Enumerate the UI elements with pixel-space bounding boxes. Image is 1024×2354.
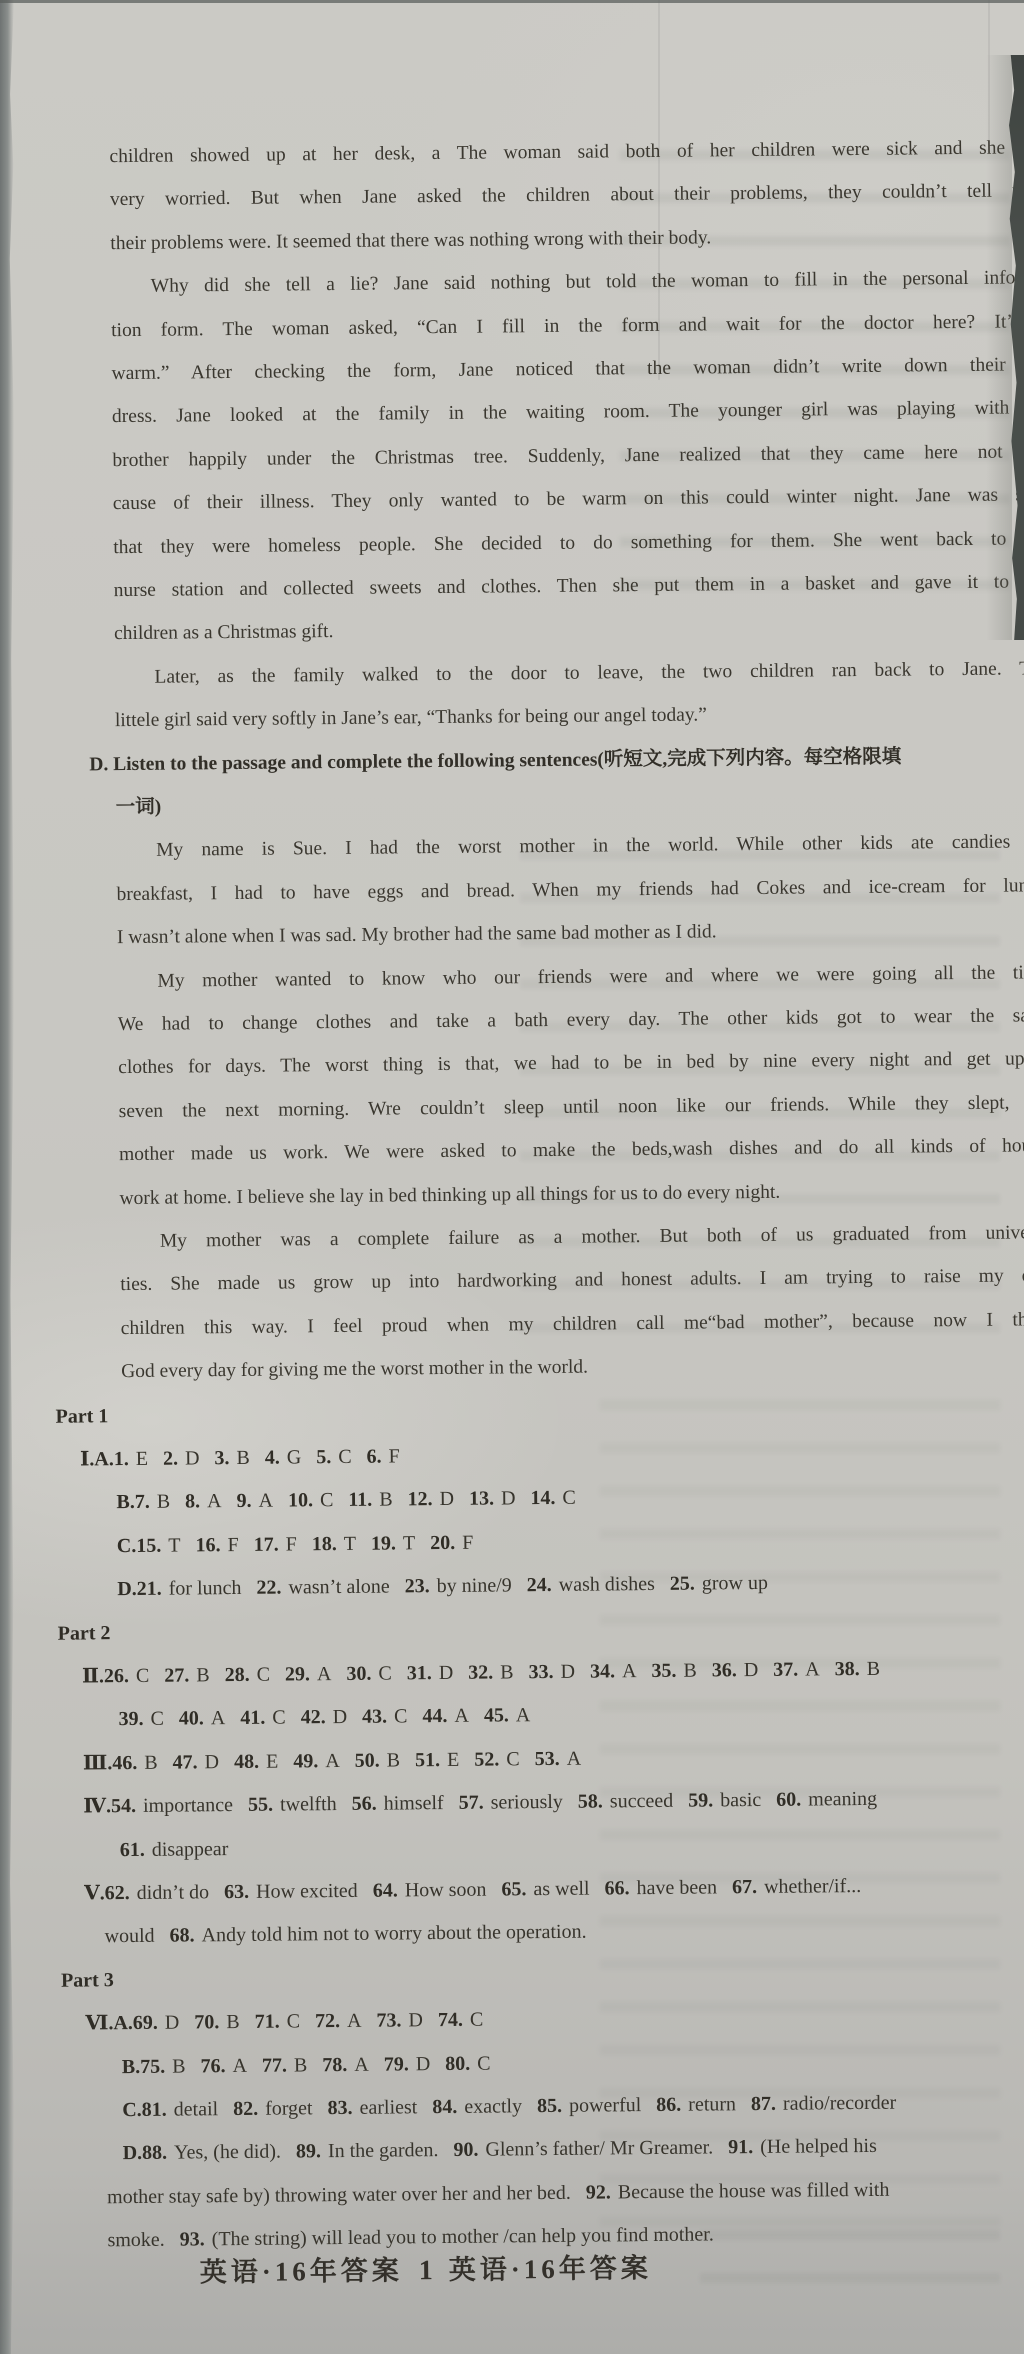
answer-text: A bbox=[354, 2053, 369, 2075]
answer-text: C bbox=[287, 2011, 301, 2033]
answer-text: D bbox=[560, 1661, 575, 1683]
answer-number: 55. bbox=[248, 1794, 273, 1816]
answer-text: B bbox=[144, 1752, 158, 1774]
answer-number: 66. bbox=[604, 1877, 629, 1899]
answer-text: B bbox=[683, 1660, 697, 1682]
passage-line: We had to change clothes and take a bath… bbox=[118, 1003, 1024, 1040]
answer-line: B.7.B8.A9.A10.C11.B12.D13.D14.C bbox=[116, 1485, 576, 1515]
answer-number: 3. bbox=[214, 1447, 229, 1469]
section-heading-line: D. Listen to the passage and complete th… bbox=[89, 744, 901, 780]
answer-text: A bbox=[317, 1663, 332, 1685]
answer-number: 72. bbox=[315, 2010, 340, 2032]
answer-text: B bbox=[172, 2055, 186, 2077]
answer-text: B bbox=[387, 1749, 401, 1771]
page-top-edge bbox=[0, 0, 1024, 3]
answer-number: 25. bbox=[670, 1573, 695, 1595]
page-number: 1 bbox=[419, 2255, 433, 2286]
answer-text: E bbox=[136, 1448, 148, 1470]
answer-text: F bbox=[286, 1533, 297, 1555]
answer-text: A bbox=[622, 1660, 637, 1682]
answer-text: C bbox=[320, 1489, 334, 1511]
answer-text: T bbox=[344, 1533, 356, 1555]
answer-number: 6. bbox=[367, 1446, 382, 1468]
answer-number: 56. bbox=[352, 1793, 377, 1815]
answer-line: would68.Andy told him not to worry about… bbox=[104, 1919, 586, 1950]
answer-text: T bbox=[168, 1534, 180, 1556]
answer-text: A bbox=[516, 1705, 531, 1727]
answer-text: would bbox=[104, 1925, 154, 1947]
footer-title-right: 英语·16年答案 bbox=[449, 2253, 652, 2285]
answer-text: seriously bbox=[491, 1791, 563, 1814]
answer-number: 63. bbox=[224, 1881, 249, 1903]
page-text-layer: children showed up at her desk, a The wo… bbox=[0, 0, 1024, 2354]
answer-text: C bbox=[272, 1707, 286, 1729]
answer-text: radio/recorder bbox=[783, 2092, 896, 2115]
answer-text: as well bbox=[533, 1878, 589, 1901]
answer-text: D bbox=[416, 2053, 431, 2075]
answer-number: 74. bbox=[438, 2009, 463, 2031]
answer-text: powerful bbox=[569, 2094, 641, 2117]
answer-number: Ⅲ.46. bbox=[83, 1752, 138, 1775]
answer-number: 2. bbox=[163, 1448, 178, 1470]
answer-text: D bbox=[205, 1751, 220, 1773]
answer-text: T bbox=[403, 1532, 415, 1554]
answer-text: B bbox=[236, 1447, 250, 1469]
answer-line: D.88.Yes, (he did).89.In the garden.90.G… bbox=[123, 2133, 877, 2166]
answer-line: mother stay safe by) throwing water over… bbox=[107, 2177, 890, 2211]
passage-line: cause of their illness. They only wanted… bbox=[113, 482, 1024, 519]
answer-text: wasn’t alone bbox=[288, 1576, 389, 1599]
answer-number: 47. bbox=[173, 1751, 198, 1773]
answer-text: B bbox=[196, 1664, 210, 1686]
answer-text: A bbox=[232, 2055, 247, 2077]
passage-line: their problems were. It seemed that ther… bbox=[110, 225, 711, 259]
answer-number: 32. bbox=[468, 1662, 493, 1684]
answer-text: F bbox=[389, 1445, 400, 1467]
answer-line: Ⅳ.54.importance55.twelfth56.himself57.se… bbox=[83, 1786, 877, 1820]
answer-number: 14. bbox=[530, 1487, 555, 1509]
answer-text: C bbox=[394, 1706, 408, 1728]
answer-number: 22. bbox=[256, 1577, 281, 1599]
passage-line: My mother wanted to know who our friends… bbox=[117, 960, 1024, 997]
answer-line: Ⅵ.A.69.D70.B71.C72.A73.D74.C bbox=[85, 2007, 483, 2037]
answer-number: 51. bbox=[415, 1749, 440, 1771]
answer-text: F bbox=[227, 1534, 238, 1556]
part-label: Part 2 bbox=[58, 1620, 111, 1647]
answer-number: Ⅵ.A.69. bbox=[85, 2012, 158, 2035]
answer-number: 18. bbox=[312, 1533, 337, 1555]
answer-number: Ⅰ.A.1. bbox=[80, 1448, 129, 1470]
answer-number: 89. bbox=[296, 2141, 321, 2163]
answer-text: How soon bbox=[405, 1879, 487, 1902]
answer-number: 52. bbox=[474, 1748, 499, 1770]
answer-number: 68. bbox=[169, 1925, 194, 1947]
answer-text: B bbox=[157, 1491, 171, 1513]
answer-line: C.15.T16.F17.F18.T19.T20.F bbox=[117, 1530, 474, 1559]
answer-text: exactly bbox=[464, 2095, 522, 2118]
answer-text: wash dishes bbox=[559, 1573, 655, 1596]
passage-line: children showed up at her desk, a The wo… bbox=[109, 135, 1024, 172]
answer-number: 17. bbox=[254, 1533, 279, 1555]
answer-number: 9. bbox=[236, 1490, 251, 1512]
answer-number: 93. bbox=[180, 2229, 205, 2251]
answer-number: 34. bbox=[590, 1660, 615, 1682]
passage-line: My name is Sue. I had the worst mother i… bbox=[116, 830, 1024, 867]
answer-number: 86. bbox=[656, 2094, 681, 2116]
answer-text: grow up bbox=[702, 1572, 768, 1595]
answer-text: D bbox=[185, 1447, 200, 1469]
answer-number: B.75. bbox=[122, 2055, 166, 2077]
answer-text: detail bbox=[174, 2098, 219, 2120]
answer-number: B.7. bbox=[116, 1491, 150, 1513]
answer-text: (He helped his bbox=[760, 2135, 877, 2158]
answer-text: E bbox=[266, 1750, 278, 1772]
answer-text: G bbox=[287, 1446, 302, 1468]
answer-number: 36. bbox=[712, 1659, 737, 1681]
answer-number: 49. bbox=[293, 1750, 318, 1772]
answer-line: C.81.detail82.forget83.earliest84.exactl… bbox=[122, 2090, 896, 2123]
answer-number: 77. bbox=[262, 2054, 287, 2076]
passage-line: littele girl said very softly in Jane’s … bbox=[115, 703, 707, 737]
passage-line: breakfast, I had to have eggs and bread.… bbox=[116, 873, 1024, 910]
answer-text: B bbox=[379, 1489, 393, 1511]
answer-number: 38. bbox=[835, 1658, 860, 1680]
answer-number: 16. bbox=[195, 1534, 220, 1556]
answer-text: smoke. bbox=[107, 2229, 164, 2252]
answer-line: B.75.B76.A77.B78.A79.D80.C bbox=[122, 2050, 491, 2080]
answer-number: Part 1 bbox=[55, 1405, 108, 1428]
answer-text: A bbox=[258, 1490, 273, 1512]
answer-text: A bbox=[347, 2010, 362, 2032]
passage-line: seven the next morning. Wre couldn’t sle… bbox=[119, 1090, 1024, 1127]
torn-edge-shadow bbox=[986, 55, 1012, 640]
answer-number: C.15. bbox=[117, 1535, 162, 1557]
passage-line: brother happily under the Christmas tree… bbox=[112, 439, 1024, 476]
answer-text: C bbox=[477, 2052, 491, 2074]
passage-line: mother made us work. We were asked to ma… bbox=[119, 1133, 1024, 1170]
answer-text: (The string) will lead you to mother /ca… bbox=[212, 2224, 714, 2251]
answer-number: 83. bbox=[327, 2097, 352, 2119]
answer-number: 50. bbox=[355, 1749, 380, 1771]
answer-text: F bbox=[462, 1532, 473, 1554]
passage-line: dress. Jane looked at the family in the … bbox=[112, 396, 1024, 433]
paper-background: children showed up at her desk, a The wo… bbox=[0, 0, 1024, 2354]
answer-text: D bbox=[439, 1662, 454, 1684]
answer-text: C bbox=[136, 1665, 150, 1687]
passage-line: ties. She made us grow up into hardworki… bbox=[120, 1264, 1024, 1301]
answer-number: 70. bbox=[194, 2011, 219, 2033]
answer-number: 37. bbox=[773, 1659, 798, 1681]
answer-text: D bbox=[408, 2009, 423, 2031]
section-heading-line: 一词) bbox=[116, 795, 162, 823]
passage-line: children as a Christmas gift. bbox=[114, 619, 334, 649]
answer-number: 87. bbox=[751, 2093, 776, 2115]
answer-text: A bbox=[207, 1491, 222, 1513]
answer-number: 41. bbox=[240, 1707, 265, 1729]
answer-number: 40. bbox=[179, 1708, 204, 1730]
answer-text: return bbox=[688, 2093, 736, 2115]
answer-number: 39. bbox=[118, 1708, 143, 1730]
answer-number: 92. bbox=[586, 2181, 611, 2203]
answer-number: 31. bbox=[407, 1662, 432, 1684]
answer-number: 28. bbox=[225, 1664, 250, 1686]
answer-text: Andy told him not to worry about the ope… bbox=[201, 1921, 586, 1947]
part-label: Part 3 bbox=[61, 1967, 114, 1994]
answer-number: 11. bbox=[348, 1489, 372, 1511]
passage-line: clothes for days. The worst thing is tha… bbox=[118, 1047, 1024, 1084]
answer-number: 57. bbox=[459, 1792, 484, 1814]
answer-number: 29. bbox=[285, 1663, 310, 1685]
answer-text: meaning bbox=[808, 1788, 877, 1811]
answer-number: 45. bbox=[484, 1705, 509, 1727]
answer-number: 82. bbox=[233, 2098, 258, 2120]
answer-number: 8. bbox=[185, 1491, 200, 1513]
answer-number: 27. bbox=[164, 1664, 189, 1686]
footer-title-left: 英语·16年答案 bbox=[200, 2255, 403, 2287]
answer-number: Part 2 bbox=[58, 1622, 111, 1645]
answer-text: twelfth bbox=[280, 1793, 337, 1816]
answer-number: 76. bbox=[200, 2055, 225, 2077]
answer-number: Ⅳ.54. bbox=[83, 1795, 136, 1818]
passage-line: My mother was a complete failure as a mo… bbox=[120, 1220, 1024, 1257]
answer-text: D bbox=[501, 1488, 516, 1510]
passage-line: nurse station and collected sweets and c… bbox=[114, 569, 1024, 606]
answer-text: didn’t do bbox=[137, 1881, 210, 1904]
answer-text: D bbox=[333, 1706, 348, 1728]
answer-text: A bbox=[567, 1747, 582, 1769]
answer-line: Ⅰ.A.1.E2.D3.B4.G5.C6.F bbox=[80, 1443, 400, 1472]
part-label: Part 1 bbox=[55, 1403, 108, 1430]
answer-number: 13. bbox=[469, 1488, 494, 1510]
answer-number: Part 3 bbox=[61, 1969, 114, 1992]
answer-text: A bbox=[805, 1658, 820, 1680]
answer-text: Yes, (he did). bbox=[174, 2141, 281, 2164]
answer-text: B bbox=[867, 1658, 881, 1680]
answer-number: 65. bbox=[501, 1878, 526, 1900]
answer-text: have been bbox=[636, 1876, 717, 1899]
answer-number: 48. bbox=[234, 1751, 259, 1773]
passage-line: God every day for giving me the worst mo… bbox=[121, 1355, 588, 1387]
answer-text: C bbox=[150, 1708, 164, 1730]
answer-text: C bbox=[470, 2009, 484, 2031]
passage-line: Later, as the family walked to the door … bbox=[114, 656, 1024, 693]
answer-text: B bbox=[500, 1661, 514, 1683]
answer-text: forget bbox=[265, 2097, 313, 2119]
answer-number: 24. bbox=[527, 1574, 552, 1596]
answer-text: In the garden. bbox=[328, 2139, 439, 2162]
answer-text: by nine/9 bbox=[437, 1575, 512, 1598]
answer-number: 5. bbox=[316, 1446, 331, 1468]
answer-number: 59. bbox=[688, 1790, 713, 1812]
answer-number: Ⅴ.62. bbox=[84, 1882, 130, 1904]
answer-number: 85. bbox=[537, 2095, 562, 2117]
answer-text: B bbox=[226, 2011, 240, 2033]
passage-line: I wasn’t alone when I was sad. My brothe… bbox=[117, 920, 717, 954]
answer-line: Ⅴ.62.didn’t do63.How excited64.How soon6… bbox=[84, 1873, 861, 1906]
answer-number: Ⅱ.26. bbox=[82, 1665, 129, 1687]
answer-text: for lunch bbox=[169, 1577, 242, 1600]
answer-number: 30. bbox=[346, 1663, 371, 1685]
answer-number: C.81. bbox=[122, 2099, 167, 2121]
answer-text: C bbox=[257, 1664, 271, 1686]
answer-number: 90. bbox=[453, 2139, 478, 2161]
answer-text: whether/if... bbox=[764, 1875, 861, 1898]
answer-text: C bbox=[378, 1663, 392, 1685]
answer-text: C bbox=[506, 1748, 520, 1770]
answer-text: Glenn’s father/ Mr Greamer. bbox=[485, 2137, 713, 2161]
answer-number: 44. bbox=[422, 1705, 447, 1727]
answer-text: succeed bbox=[610, 1790, 674, 1813]
answer-text: basic bbox=[720, 1789, 761, 1811]
passage-line: warm.” After checking the form, Jane not… bbox=[111, 352, 1024, 389]
answer-number: 60. bbox=[776, 1789, 801, 1811]
answer-text: A bbox=[325, 1750, 340, 1772]
answer-text: E bbox=[447, 1749, 459, 1771]
passage-line: very worried. But when Jane asked the ch… bbox=[110, 179, 1024, 216]
answer-number: D.21. bbox=[117, 1578, 162, 1600]
answer-line: Ⅱ.26.C27.B28.C29.A30.C31.D32.B33.D34.A35… bbox=[82, 1656, 880, 1690]
answer-text: disappear bbox=[152, 1838, 229, 1861]
answer-text: mother stay safe by) throwing water over… bbox=[107, 2182, 571, 2208]
answer-number: 4. bbox=[265, 1447, 280, 1469]
answer-text: importance bbox=[143, 1794, 233, 1817]
answer-text: D bbox=[744, 1659, 759, 1681]
answer-number: 42. bbox=[301, 1707, 326, 1729]
answer-number: 67. bbox=[732, 1876, 757, 1898]
answer-number: 53. bbox=[535, 1748, 560, 1770]
answer-number: 71. bbox=[255, 2011, 280, 2033]
page-footer: 英语·16年答案1英语·16年答案 bbox=[200, 2248, 652, 2293]
answer-number: 10. bbox=[288, 1490, 313, 1512]
answer-text: earliest bbox=[359, 2096, 417, 2119]
passage-line: that they were homeless people. She deci… bbox=[113, 526, 1024, 563]
answer-number: 20. bbox=[430, 1532, 455, 1554]
answer-line: 39.C40.A41.C42.D43.C44.A45.A bbox=[118, 1703, 530, 1733]
answer-line: D.21.for lunch22.wasn’t alone23.by nine/… bbox=[117, 1570, 768, 1602]
answer-number: 35. bbox=[651, 1660, 676, 1682]
passage-line: work at home. I believe she lay in bed t… bbox=[119, 1179, 780, 1213]
answer-number: 23. bbox=[405, 1575, 430, 1597]
answer-text: How excited bbox=[256, 1880, 358, 1903]
passage-line: Why did she tell a lie? Jane said nothin… bbox=[111, 265, 1024, 302]
answer-number: 64. bbox=[373, 1879, 398, 1901]
answer-number: 43. bbox=[362, 1706, 387, 1728]
answer-text: B bbox=[294, 2054, 308, 2076]
answer-number: 80. bbox=[445, 2052, 470, 2074]
answer-number: 78. bbox=[322, 2054, 347, 2076]
answer-number: 58. bbox=[578, 1791, 603, 1813]
passage-line: children this way. I feel proud when my … bbox=[121, 1307, 1024, 1344]
answer-line: Ⅲ.46.B47.D48.E49.A50.B51.E52.C53.A bbox=[83, 1745, 581, 1776]
answer-number: 79. bbox=[384, 2053, 409, 2075]
answer-number: 73. bbox=[376, 2010, 401, 2032]
answer-number: 84. bbox=[432, 2096, 457, 2118]
answer-number: 61. bbox=[120, 1838, 145, 1860]
answer-text: C bbox=[338, 1446, 352, 1468]
answer-text: C bbox=[562, 1487, 576, 1509]
passage-line: tion form. The woman asked, “Can I fill … bbox=[111, 309, 1024, 346]
answer-text: A bbox=[211, 1707, 226, 1729]
answer-number: D.88. bbox=[123, 2142, 168, 2164]
answer-number: 19. bbox=[371, 1532, 396, 1554]
scanned-book-page: { "colors": { "paper": "#c8c7c2", "ink":… bbox=[0, 0, 1024, 2354]
answer-text: himself bbox=[384, 1792, 444, 1815]
answer-number: 33. bbox=[528, 1661, 553, 1683]
answer-text: D bbox=[439, 1488, 454, 1510]
answer-text: A bbox=[454, 1705, 469, 1727]
answer-number: 12. bbox=[407, 1488, 432, 1510]
answer-line: 61.disappear bbox=[120, 1836, 229, 1863]
answer-text: Because the house was filled with bbox=[618, 2179, 890, 2204]
answer-number: 91. bbox=[728, 2136, 753, 2158]
answer-text: D bbox=[165, 2012, 180, 2034]
